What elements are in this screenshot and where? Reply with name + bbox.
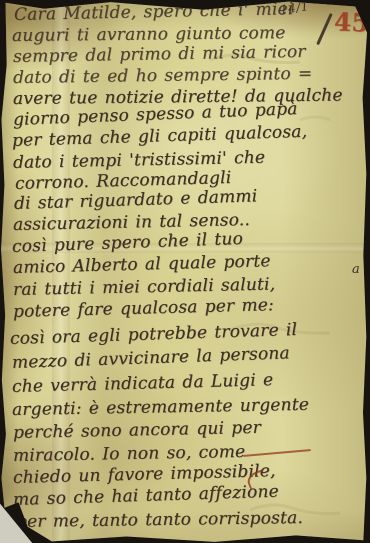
handwriting-line: dato di te ed ho sempre spinto = [13, 65, 313, 87]
handwriting-line: perché sono ancora qui per [13, 419, 261, 442]
margin-letter: a [352, 262, 360, 277]
page-number: 45 [334, 7, 370, 37]
handwriting-line: argenti: è estremamente urgente [12, 396, 309, 419]
letter-paper: Cara Matilde, spero che i' miei auguri t… [0, 0, 370, 543]
letter-scan: Cara Matilde, spero che i' miei auguri t… [0, 0, 370, 543]
handwriting-line: miracolo. Io non so, come [13, 443, 246, 465]
handwriting-line: auguri ti avranno giunto come [12, 24, 286, 45]
handwriting-line: sempre dal primo di mi sia ricor [13, 43, 306, 66]
handwriting-line: per me, tanto tanto corrisposta. [16, 509, 303, 531]
